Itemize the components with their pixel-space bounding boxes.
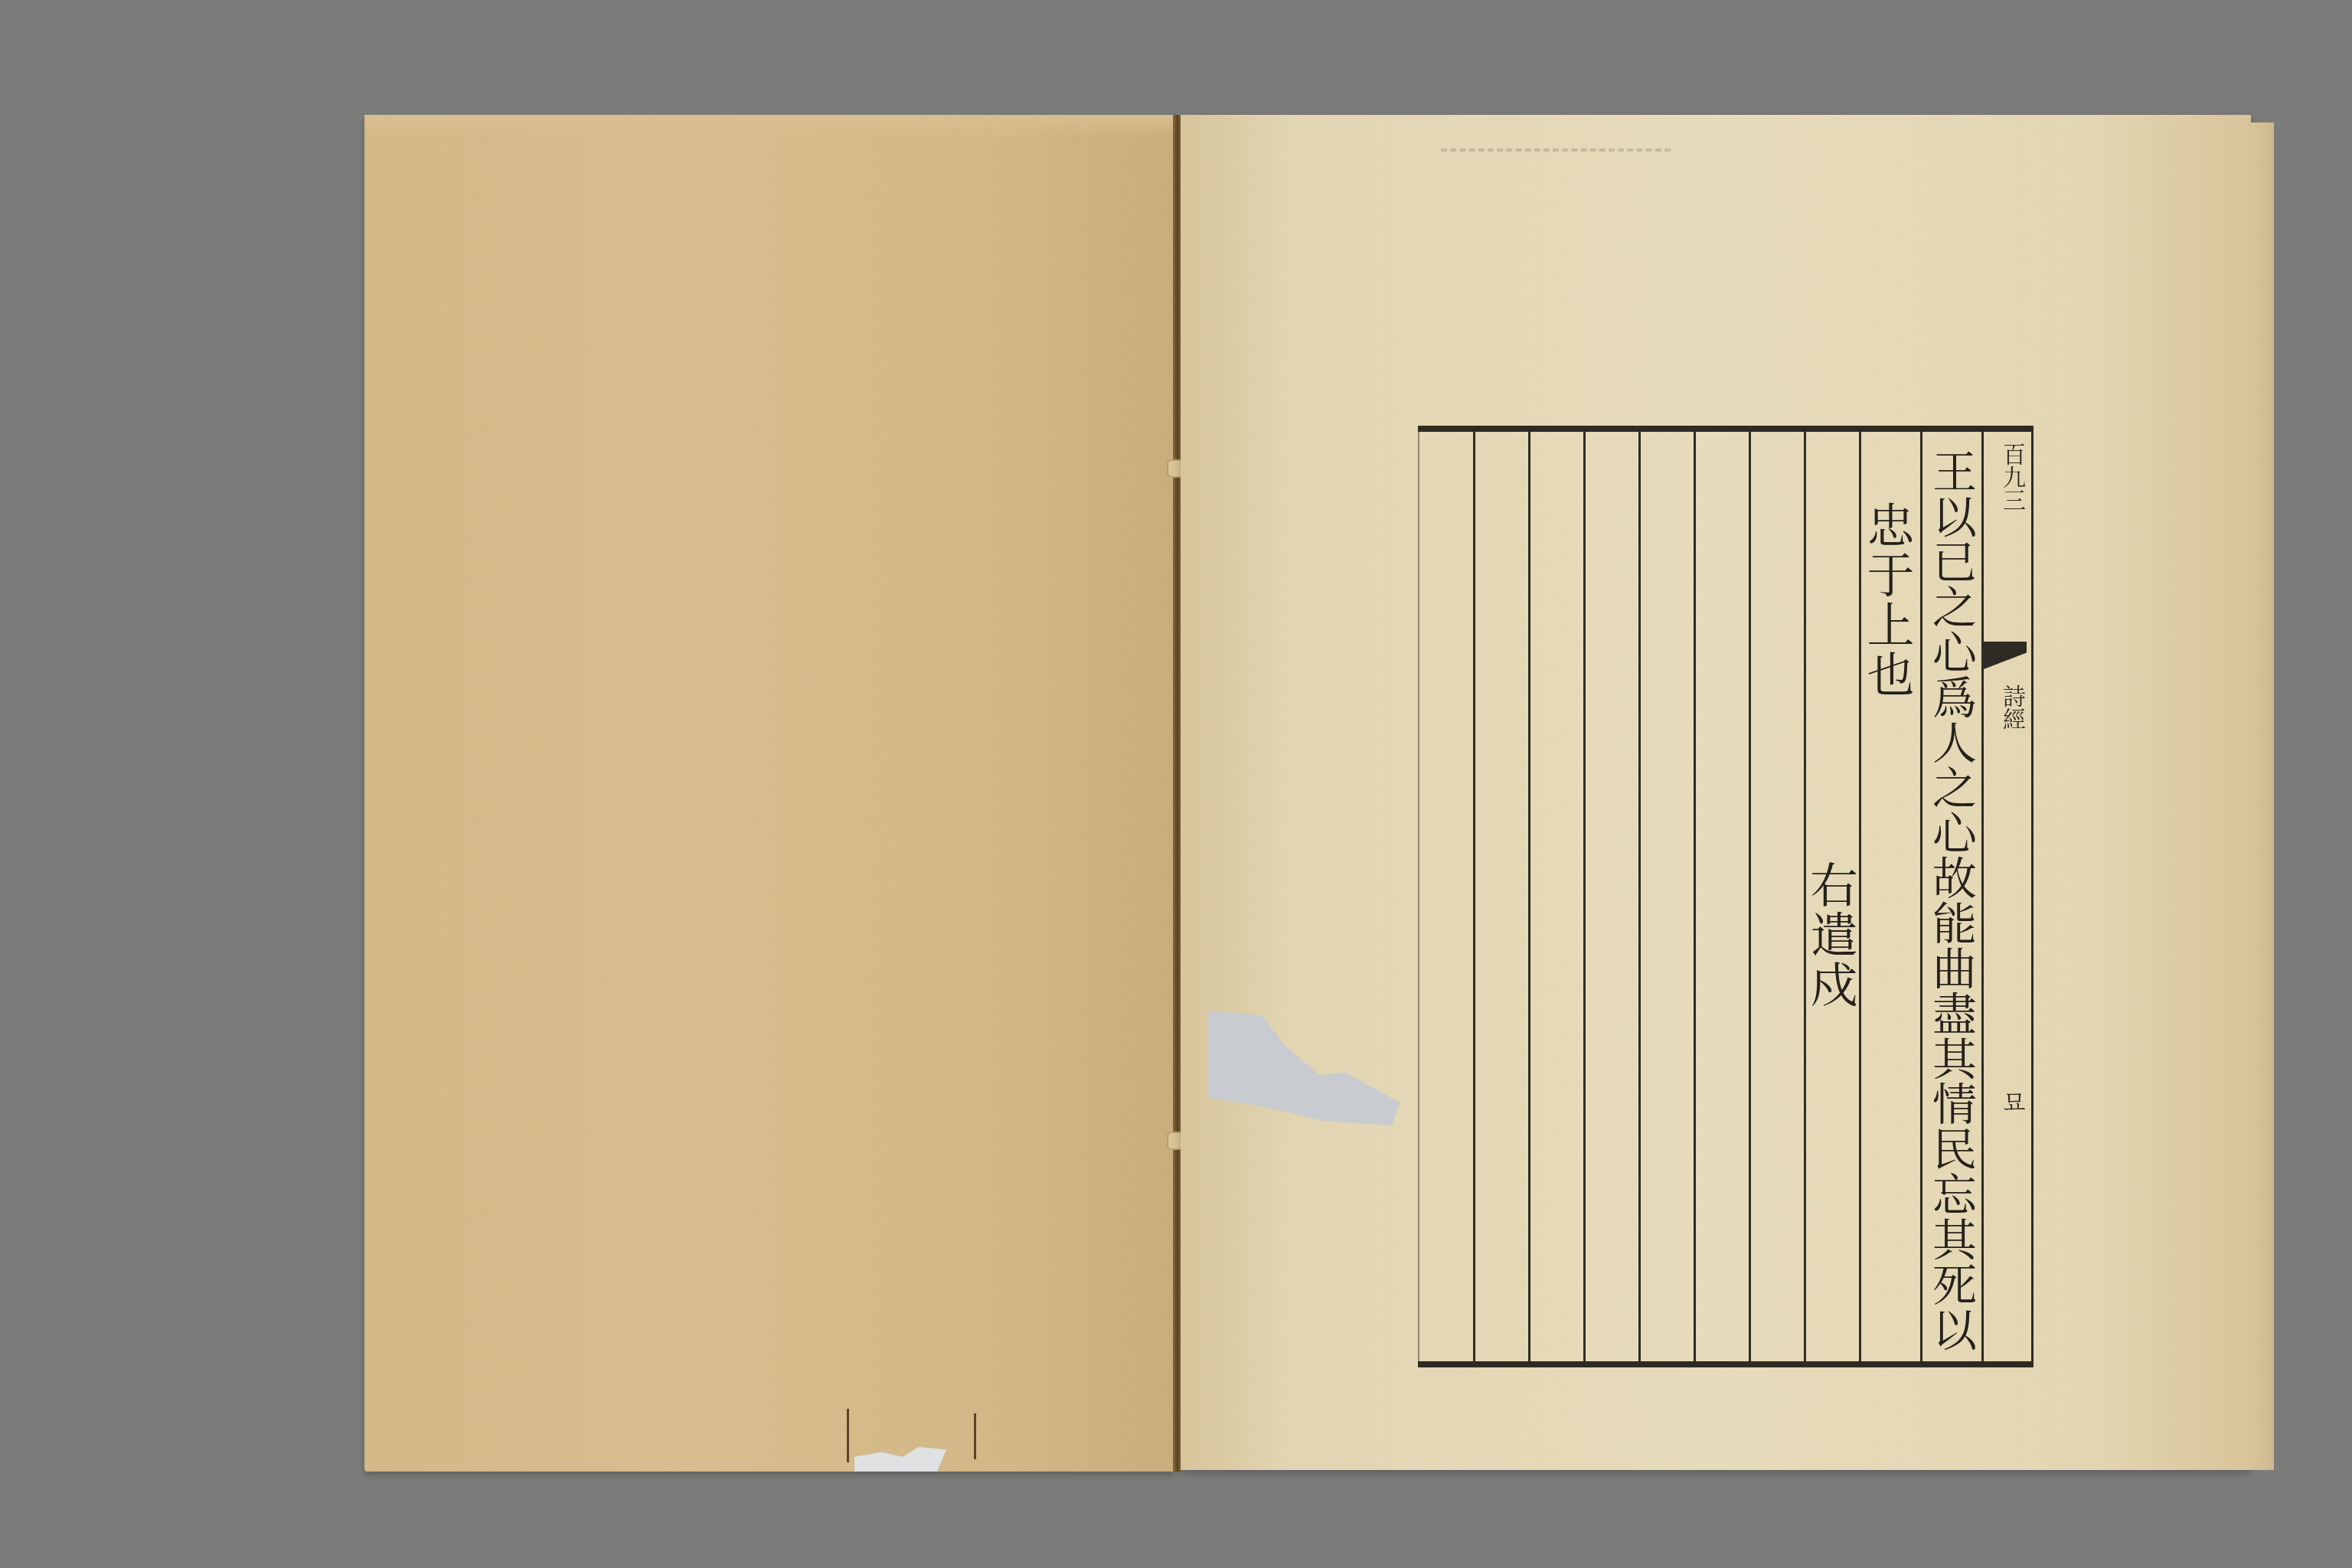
tear-crack: [847, 1409, 849, 1462]
column-rule: [1694, 432, 1696, 1361]
paper-tear: [854, 1447, 946, 1472]
text-column-3: 右遣戍: [1802, 861, 1857, 1010]
open-book: 右遣戍 忠于上也 王以已之心爲人之心故能曲盡其情民忘其死以 百九三 詩經 묘: [0, 0, 2352, 1568]
page-edges: [2251, 122, 2274, 1470]
bleed-through-marks: [1441, 149, 1671, 289]
column-rule: [1583, 432, 1586, 1361]
book-title-fragment: 詩經: [1994, 684, 2028, 730]
column-rule: [1638, 432, 1641, 1361]
column-rule: [1749, 432, 1751, 1361]
fish-tail-mark: [1984, 642, 2027, 669]
print-frame: 右遣戍 忠于上也 王以已之心爲人之心故能曲盡其情民忘其死以: [1418, 426, 1981, 1367]
left-page: [364, 115, 1174, 1472]
center-margin: 百九三 詩經 묘: [1981, 426, 2033, 1367]
text-column-1: 王以已之心爲人之心故能曲盡其情民忘其死以: [1923, 449, 1978, 1352]
column-rule: [1528, 432, 1530, 1361]
tear-crack: [974, 1413, 976, 1459]
paper-stain: [364, 115, 1174, 138]
column-rule: [1473, 432, 1475, 1361]
column-rule: [1920, 432, 1922, 1361]
column-rule: [1418, 432, 1419, 1361]
lower-mark: 묘: [1994, 1090, 2028, 1113]
paper-hole: [1208, 1011, 1400, 1125]
text-column-2: 忠于上也: [1859, 501, 1914, 700]
page-number: 百九三: [1994, 443, 2028, 511]
